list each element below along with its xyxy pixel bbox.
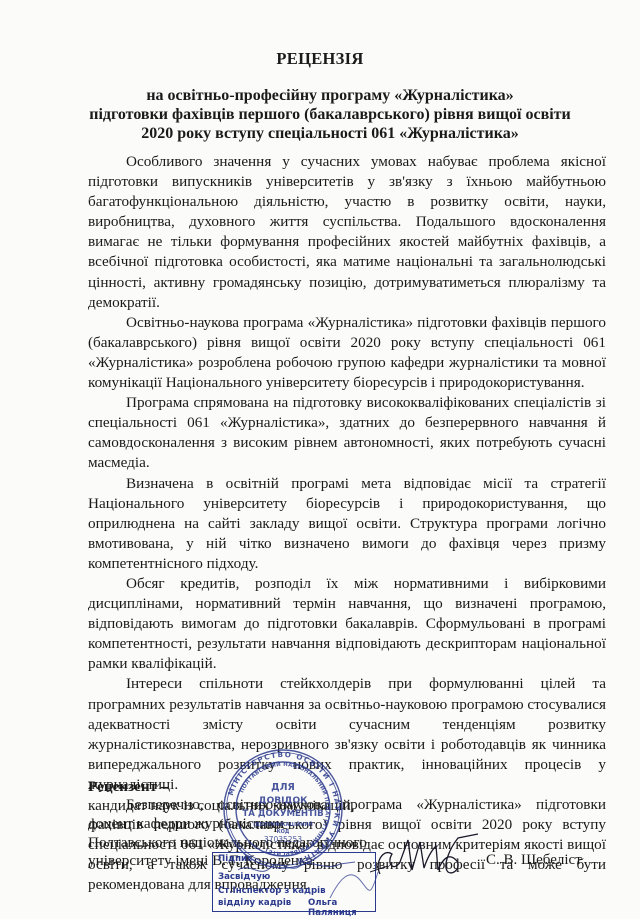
svg-text:37035253: 37035253 (264, 835, 302, 844)
subtitle-line: 2020 року вступу спеціальності 061 «Журн… (80, 124, 580, 143)
paragraph: Обсяг кредитів, розподіл їх між норматив… (88, 574, 606, 674)
paragraph: Інтереси спільноти стейкхолдерів при фор… (88, 674, 606, 795)
document-subtitle: на освітньо-професійну програму «Журналі… (80, 86, 580, 143)
svg-text:ІДЕНТИФІКАЦІЙНИЙ: ІДЕНТИФІКАЦІЙНИЙ (253, 820, 313, 828)
svg-text:ДОВІДОК: ДОВІДОК (259, 796, 309, 806)
review-page: РЕЦЕНЗІЯ на освітньо-професійну програму… (0, 0, 640, 919)
svg-text:ДЛЯ: ДЛЯ (271, 782, 295, 793)
subtitle-line: на освітньо-професійну програму «Журналі… (80, 86, 580, 105)
paragraph: Освітньо-наукова програма «Журналістика»… (88, 313, 606, 393)
paragraph: Програма спрямована на підготовку високо… (88, 393, 606, 473)
svg-text:ТА ДОКУМЕНТІВ: ТА ДОКУМЕНТІВ (242, 809, 323, 819)
subtitle-line: підготовки фахівців першого (бакалаврськ… (80, 105, 580, 124)
reviewer-name: С. В. Шебеліст (486, 852, 582, 869)
inspector-signature-icon (230, 858, 380, 908)
reviewer-signature-icon (370, 826, 480, 886)
document-title: РЕЦЕНЗІЯ (0, 49, 640, 69)
paragraph: Визначена в освітній програмі мета відпо… (88, 474, 606, 574)
paragraph: Особливого значення у сучасних умовах на… (88, 152, 606, 313)
